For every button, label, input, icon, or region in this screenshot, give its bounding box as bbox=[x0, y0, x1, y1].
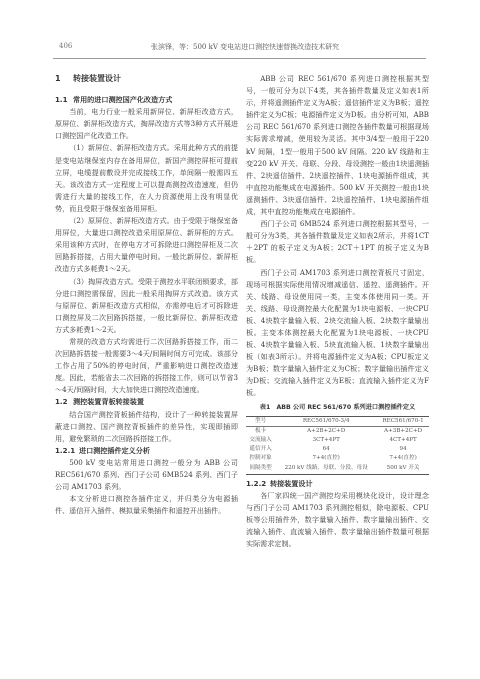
paragraph: （1）新屏位、新屏柜改造方式。采用此种方式的前提是变电站继保室内存在备用屏位，新… bbox=[55, 142, 238, 215]
paragraph: 500 kV 变电站常用进口测控一般分为 ABB 公司 REC561/670 系… bbox=[55, 457, 238, 493]
table-cell: 7+4(直控) bbox=[275, 454, 377, 463]
section-heading-1-2-2: 1.2.2转接装置设计 bbox=[246, 478, 429, 490]
section-heading-1: 1转接装置设计 bbox=[55, 73, 238, 85]
plugin-definition-table: 型号 REC561/670-3/4 REC561/670-1 板卡 A+2B+2… bbox=[246, 416, 429, 475]
table-cell: A+3B+2C+D bbox=[377, 426, 429, 436]
table-cell: 交流输入 bbox=[246, 436, 275, 445]
paragraph: （3）掏屏改造方式。受限于测控水平联闭锁要求，部分进口测控需保留，因此一般采用掏… bbox=[55, 276, 238, 336]
paragraph: 常规的改造方式均需进行二次回路拆搭接工作，而二次回路拆搭接一般需要3～4天/间隔… bbox=[55, 336, 238, 396]
table-cell: 板卡 bbox=[246, 426, 275, 436]
page-header: 406 张滨锋，等：500 kV 变电站进口测控快速替换改造技术研究 bbox=[53, 42, 426, 59]
table-row: 遥信开入 64 94 bbox=[246, 445, 429, 454]
section-heading-1-1: 1.1常用的进口测控国产化改造方式 bbox=[55, 94, 238, 106]
table-header-cell: REC561/670-3/4 bbox=[275, 416, 377, 426]
section-heading-1-2: 1.2测控装置背板转接装置 bbox=[55, 396, 238, 408]
table-cell: 控制对象 bbox=[246, 454, 275, 463]
table-cell: 500 kV 开关 bbox=[377, 463, 429, 475]
left-column: 1转接装置设计 1.1常用的进口测控国产化改造方式 当前，电力行业一般采用新屏位… bbox=[55, 73, 238, 517]
table-cell: 间隔类型 bbox=[246, 463, 275, 475]
table-header-row: 型号 REC561/670-3/4 REC561/670-1 bbox=[246, 416, 429, 426]
table-cell: 64 bbox=[275, 445, 377, 454]
table-header-cell: REC561/670-1 bbox=[377, 416, 429, 426]
paragraph: ABB 公司 REC 561/670 系列进口测控根据其型号，一般可分为以下4类… bbox=[246, 73, 429, 218]
table-header-cell: 型号 bbox=[246, 416, 275, 426]
table-row: 板卡 A+2B+2C+D A+3B+2C+D bbox=[246, 426, 429, 436]
table-row: 间隔类型 220 kV 线路、母联、分段、母设 500 kV 开关 bbox=[246, 463, 429, 475]
table-cell: 94 bbox=[377, 445, 429, 454]
page-number: 406 bbox=[59, 42, 72, 50]
table-row: 交流输入 3CT+4PT 4CT+4PT bbox=[246, 436, 429, 445]
table-row: 控制对象 7+4(直控) 7+4(直控) bbox=[246, 454, 429, 463]
paragraph: 本文分析进口测控各插件定义，并归类分为电源插件、遥信开入插件、模拟量采集插件和遥… bbox=[55, 493, 238, 517]
paragraph: 结合国产测控背板插件结构，设计了一种转接装置屏蔽进口测控、国产测控背板插件的差异… bbox=[55, 409, 238, 445]
table-cell: 220 kV 线路、母联、分段、母设 bbox=[275, 463, 377, 475]
running-title: 张滨锋，等：500 kV 变电站进口测控快速替换改造技术研究 bbox=[151, 42, 339, 52]
table-cell: 4CT+4PT bbox=[377, 436, 429, 445]
paragraph: 西门子公司 AM1703 系列进口测控背板尺寸固定，现场可根据实际使用情况增减遥… bbox=[246, 267, 429, 400]
table-cell: 遥信开入 bbox=[246, 445, 275, 454]
paragraph: 各厂家四统一国产测控均采用模块化设计，设计理念与西门子公司 AM1703 系列测… bbox=[246, 490, 429, 550]
paragraph: 当前，电力行业一般采用新屏位、新屏柜改造方式，原屏位、新屏柜改造方式，掏屏改造方… bbox=[55, 106, 238, 142]
section-heading-1-2-1: 1.2.1进口测控插件定义分析 bbox=[55, 445, 238, 457]
paragraph: （2）原屏位、新屏柜改造方式。由于受限于继保室备用屏位，大量进口测控改造采用原屏… bbox=[55, 215, 238, 275]
paragraph: 西门子公司 6MB524 系列进口测控根据其型号，一般可分为3类，其各插件数量及… bbox=[246, 218, 429, 266]
table-cell: 3CT+4PT bbox=[275, 436, 377, 445]
table-cell: 7+4(直控) bbox=[377, 454, 429, 463]
table-caption: 表1 ABB 公司 REC 561/670 系列进口测控插件定义 bbox=[246, 402, 429, 414]
table-cell: A+2B+2C+D bbox=[275, 426, 377, 436]
right-column: ABB 公司 REC 561/670 系列进口测控根据其型号，一般可分为以下4类… bbox=[246, 73, 429, 550]
